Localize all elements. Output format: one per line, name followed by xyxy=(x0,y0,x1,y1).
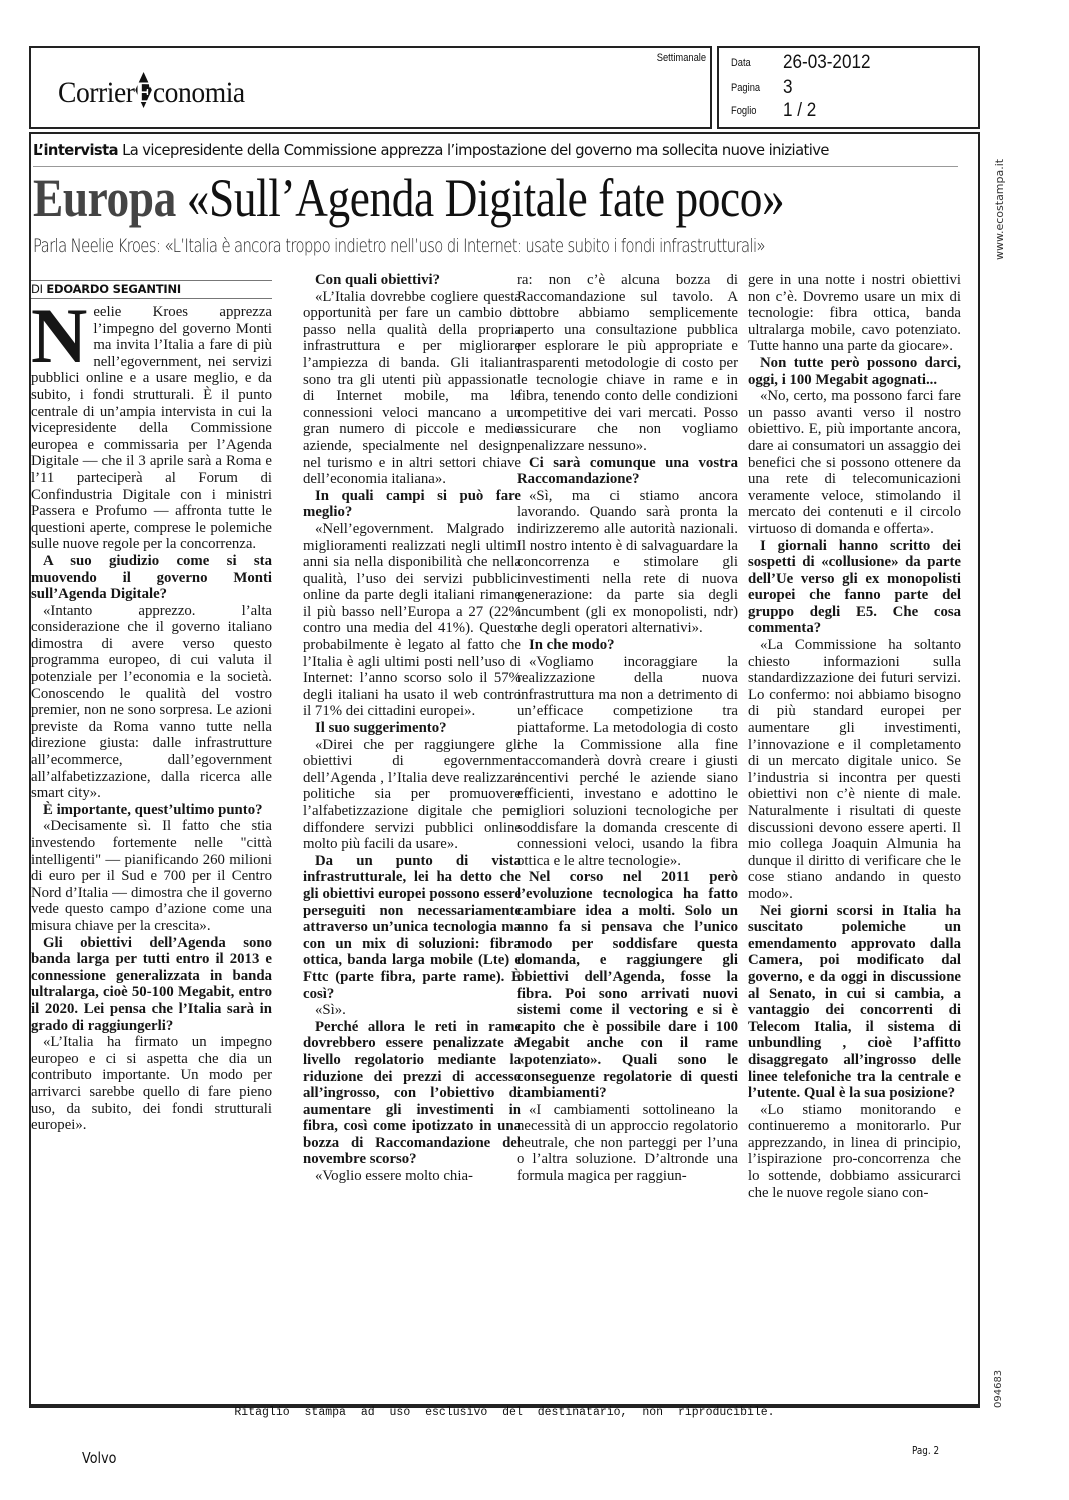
answer-continued: ra: non c’è alcuna bozza di Raccomandazi… xyxy=(517,272,738,455)
question: In che modo? xyxy=(517,637,738,654)
article-column-4: gere in una notte i nostri obiettivi non… xyxy=(748,272,961,1201)
issue-meta-box: Data26-03-2012 Pagina3 Foglio1 / 2 xyxy=(717,46,980,129)
headline: Europa «Sull’Agenda Digitale fate poco» xyxy=(33,168,784,228)
question: Da un punto di vista infrastrutturale, l… xyxy=(303,853,521,1002)
meta-label: Data xyxy=(731,57,775,69)
logo-mark: E xyxy=(135,76,153,109)
question: Ci sarà comunque una vostra Raccomandazi… xyxy=(517,455,738,488)
logo-prefix: Corrier xyxy=(58,76,134,109)
answer: «L’Italia ha firmato un impegno europeo … xyxy=(31,1034,272,1134)
subheadline: Parla Neelie Kroes: «L’Italia è ancora t… xyxy=(33,235,765,257)
page-number: Pag. 2 xyxy=(912,1444,939,1457)
answer: «Decisamente sì. Il fatto che stia inves… xyxy=(31,818,272,934)
article-column-3: ra: non c’è alcuna bozza di Raccomandazi… xyxy=(517,272,738,1185)
answer: «Intanto apprezzo. l’alta considerazione… xyxy=(31,603,272,802)
kicker: L’intervista La vicepresidente della Com… xyxy=(33,141,829,159)
answer: «L’Italia dovrebbe cogliere questa oppor… xyxy=(303,289,521,488)
question: In quali campi si può fare meglio? xyxy=(303,488,521,521)
answer: «Vogliamo incoraggiare la realizzazione … xyxy=(517,654,738,870)
meta-date: Data26-03-2012 xyxy=(731,52,880,74)
meta-sheet: Foglio1 / 2 xyxy=(731,100,820,122)
side-id-text: 094683 xyxy=(993,1370,1004,1408)
intro-paragraph: Neelie Kroes apprezza l’impegno del gove… xyxy=(31,304,272,553)
meta-page: Pagina3 xyxy=(731,77,794,99)
answer: «Voglio essere molto chia- xyxy=(303,1168,521,1185)
answer: «Sì, ma ci stiamo ancora lavorando. Quan… xyxy=(517,488,738,637)
answer: «I cambiamenti sottolineano la necessità… xyxy=(517,1102,738,1185)
meta-value: 1 / 2 xyxy=(783,100,816,122)
article-column-2: Con quali obiettivi? «L’Italia dovrebbe … xyxy=(303,272,521,1185)
divider xyxy=(31,280,272,281)
question: Gli obiettivi dell’Agenda sono banda lar… xyxy=(31,935,272,1035)
headline-section: Europa xyxy=(33,168,176,228)
meta-value: 3 xyxy=(783,77,793,99)
question: Nel corso nel 2011 però l’evoluzione tec… xyxy=(517,869,738,1101)
answer: «La Commissione ha soltanto chiesto info… xyxy=(748,637,961,903)
drop-cap: N xyxy=(31,305,87,369)
question: A suo giudizio come si sta muovendo il g… xyxy=(31,553,272,603)
divider xyxy=(33,166,958,167)
meta-label: Foglio xyxy=(731,105,775,117)
question: Perché allora le reti in rame dovrebbero… xyxy=(303,1019,521,1168)
kicker-label: L’intervista xyxy=(33,141,118,159)
logo-diamond-icon: E xyxy=(134,76,152,110)
meta-value: 26-03-2012 xyxy=(783,52,870,74)
meta-label: Pagina xyxy=(731,82,775,94)
client-name: Volvo xyxy=(82,1449,116,1467)
question: I giornali hanno scritto dei sospetti di… xyxy=(748,538,961,638)
answer-continued: gere in una notte i nostri obiettivi non… xyxy=(748,272,961,355)
side-url: www.ecostampa.it xyxy=(993,140,1007,260)
answer: «Nell’egovernment. Malgrado i migliorame… xyxy=(303,521,521,720)
side-url-text: www.ecostampa.it xyxy=(993,159,1006,260)
answer: «Sì». xyxy=(303,1002,521,1019)
copyright-notice: Ritaglio stampa ad uso esclusivo del des… xyxy=(29,1406,980,1419)
headline-quote: «Sull’Agenda Digitale fate poco» xyxy=(176,168,784,228)
question: Non tutte però possono darci, oggi, i 10… xyxy=(748,355,961,388)
question: È importante, quest’ultimo punto? xyxy=(31,802,272,819)
masthead-box: CorrierEconomia Settimanale xyxy=(29,46,712,129)
logo-suffix: conomia xyxy=(153,76,245,109)
frequency-label: Settimanale xyxy=(657,52,706,64)
question: Il suo suggerimento? xyxy=(303,720,521,737)
article-column-1: Neelie Kroes apprezza l’impegno del gove… xyxy=(31,304,272,1134)
side-id: 094683 xyxy=(993,1352,1007,1412)
publication-logo: CorrierEconomia xyxy=(58,76,245,110)
question: Con quali obiettivi? xyxy=(303,272,521,289)
answer: «No, certo, ma possono farci fare un pas… xyxy=(748,388,961,537)
answer: «Lo stiamo monitorando e continueremo a … xyxy=(748,1102,961,1202)
answer: «Direi che per raggiungere gli obiettivi… xyxy=(303,737,521,853)
kicker-text: La vicepresidente della Commissione appr… xyxy=(118,141,829,159)
question: Nei giorni scorsi in Italia ha suscitato… xyxy=(748,903,961,1102)
